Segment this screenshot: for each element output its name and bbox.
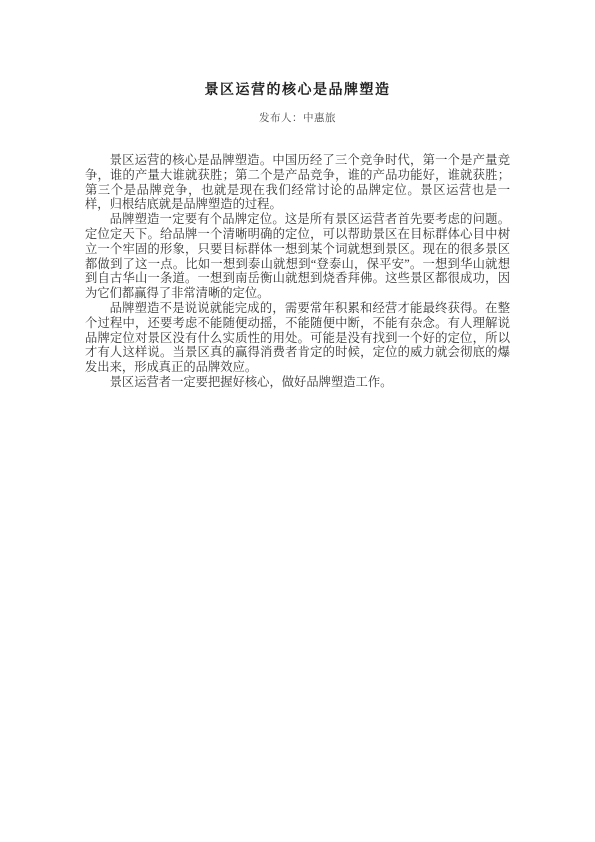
document-byline: 发布人：中惠旅 bbox=[0, 113, 595, 125]
paragraph-4: 景区运营者一定要把握好核心，做好品牌塑造工作。 bbox=[85, 375, 510, 390]
document-body: 景区运营的核心是品牌塑造。中国历经了三个竞争时代，第一个是产量竞争，谁的产量大谁… bbox=[85, 153, 510, 390]
paragraph-3: 品牌塑造不是说说就能完成的，需要常年积累和经营才能最终获得。在整个过程中，还要考… bbox=[85, 301, 510, 375]
document-page: 景区运营的核心是品牌塑造 发布人：中惠旅 景区运营的核心是品牌塑造。中国历经了三… bbox=[0, 0, 595, 842]
paragraph-2: 品牌塑造一定要有个品牌定位。这是所有景区运营者首先要考虑的问题。定位定天下。给品… bbox=[85, 212, 510, 301]
document-title: 景区运营的核心是品牌塑造 bbox=[0, 0, 595, 99]
paragraph-1: 景区运营的核心是品牌塑造。中国历经了三个竞争时代，第一个是产量竞争，谁的产量大谁… bbox=[85, 153, 510, 212]
